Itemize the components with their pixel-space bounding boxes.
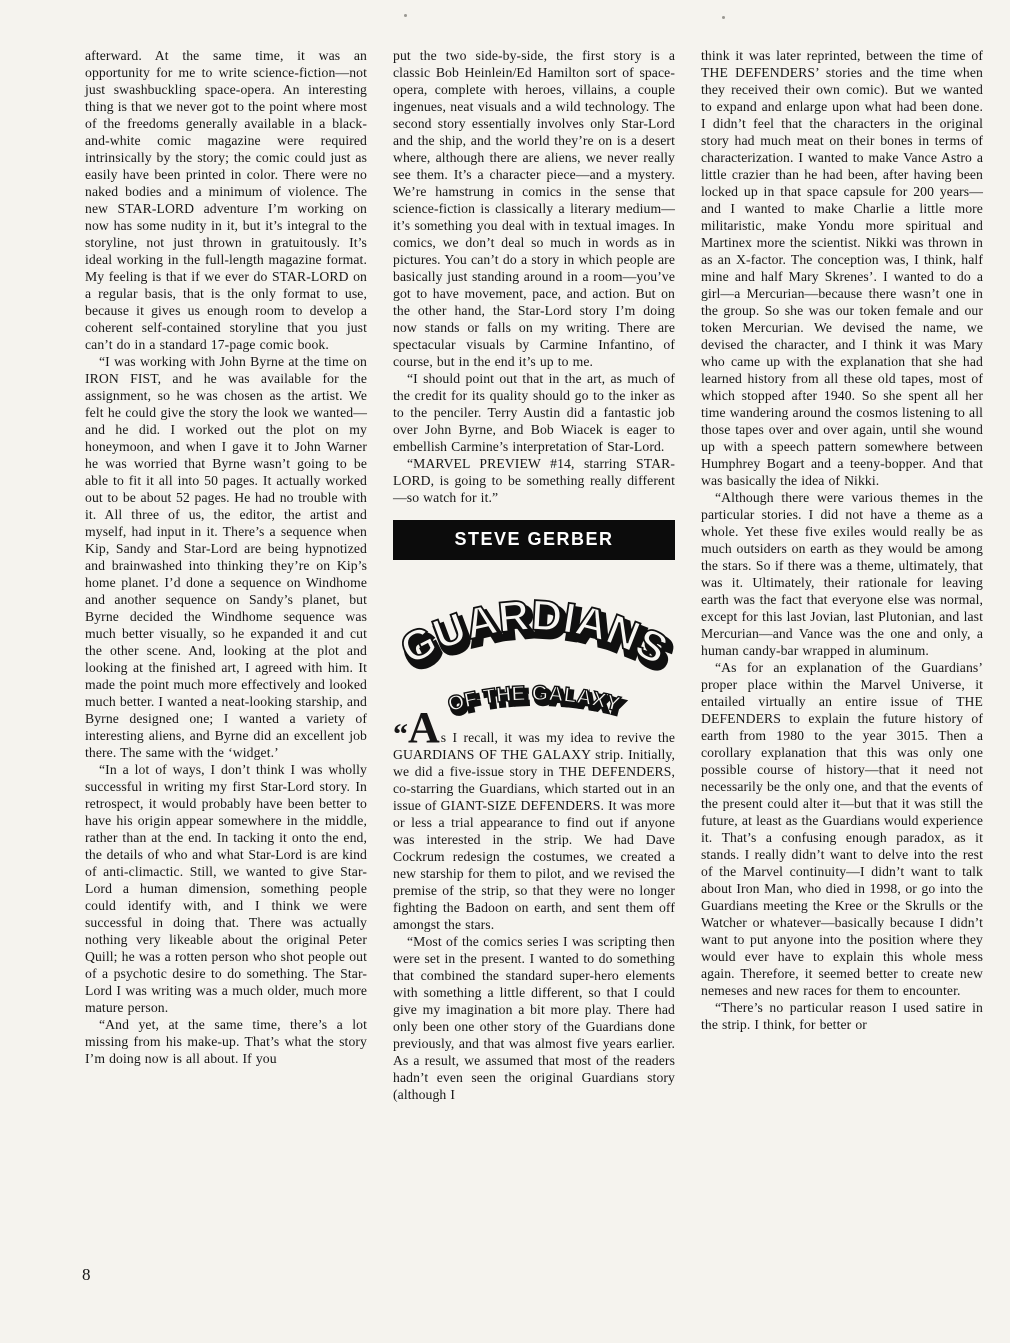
svg-text:OF THE GALAXY: OF THE GALAXY: [446, 682, 623, 716]
paragraph: “Although there were various themes in t…: [701, 489, 983, 659]
feature-paragraph: “As I recall, it was my idea to revive t…: [393, 728, 675, 933]
paragraph: put the two side-by-side, the first stor…: [393, 47, 675, 370]
paragraph: think it was later reprinted, between th…: [701, 47, 983, 489]
article-columns: afterward. At the same time, it was an o…: [85, 47, 981, 1103]
scan-speck: [404, 14, 407, 17]
paragraph: “Most of the comics series I was scripti…: [393, 933, 675, 1103]
paragraph: “There’s no particular reason I used sat…: [701, 999, 983, 1033]
paragraph: afterward. At the same time, it was an o…: [85, 47, 367, 353]
feature-paragraph-text: s I recall, it was my idea to revive the…: [393, 730, 675, 932]
paragraph: “And yet, at the same time, there’s a lo…: [85, 1016, 367, 1067]
page-number: 8: [82, 1265, 91, 1285]
column-2: put the two side-by-side, the first stor…: [393, 47, 675, 1103]
paragraph: “I was working with John Byrne at the ti…: [85, 353, 367, 761]
guardians-logo-art: GUARDIANS OF THE GALAXY GUARDIANS OF THE…: [393, 570, 675, 722]
drop-cap: A: [408, 703, 441, 752]
logo-line1: GUARDIANS: [393, 592, 675, 675]
magazine-page: afterward. At the same time, it was an o…: [0, 0, 1010, 1343]
paragraph: “MARVEL PREVIEW #14, starring STAR-LORD,…: [393, 455, 675, 506]
scan-speck: [722, 16, 725, 19]
paragraph: “As for an explanation of the Guardians’…: [701, 659, 983, 999]
paragraph: “In a lot of ways, I don’t think I was w…: [85, 761, 367, 1016]
logo-line2: OF THE GALAXY: [446, 682, 623, 716]
column-1: afterward. At the same time, it was an o…: [85, 47, 367, 1103]
paragraph: “I should point out that in the art, as …: [393, 370, 675, 455]
svg-text:GUARDIANS: GUARDIANS: [393, 592, 675, 675]
guardians-of-the-galaxy-logo: GUARDIANS OF THE GALAXY GUARDIANS OF THE…: [393, 570, 675, 722]
column-3: think it was later reprinted, between th…: [701, 47, 983, 1103]
steve-gerber-banner: STEVE GERBER: [393, 520, 675, 560]
